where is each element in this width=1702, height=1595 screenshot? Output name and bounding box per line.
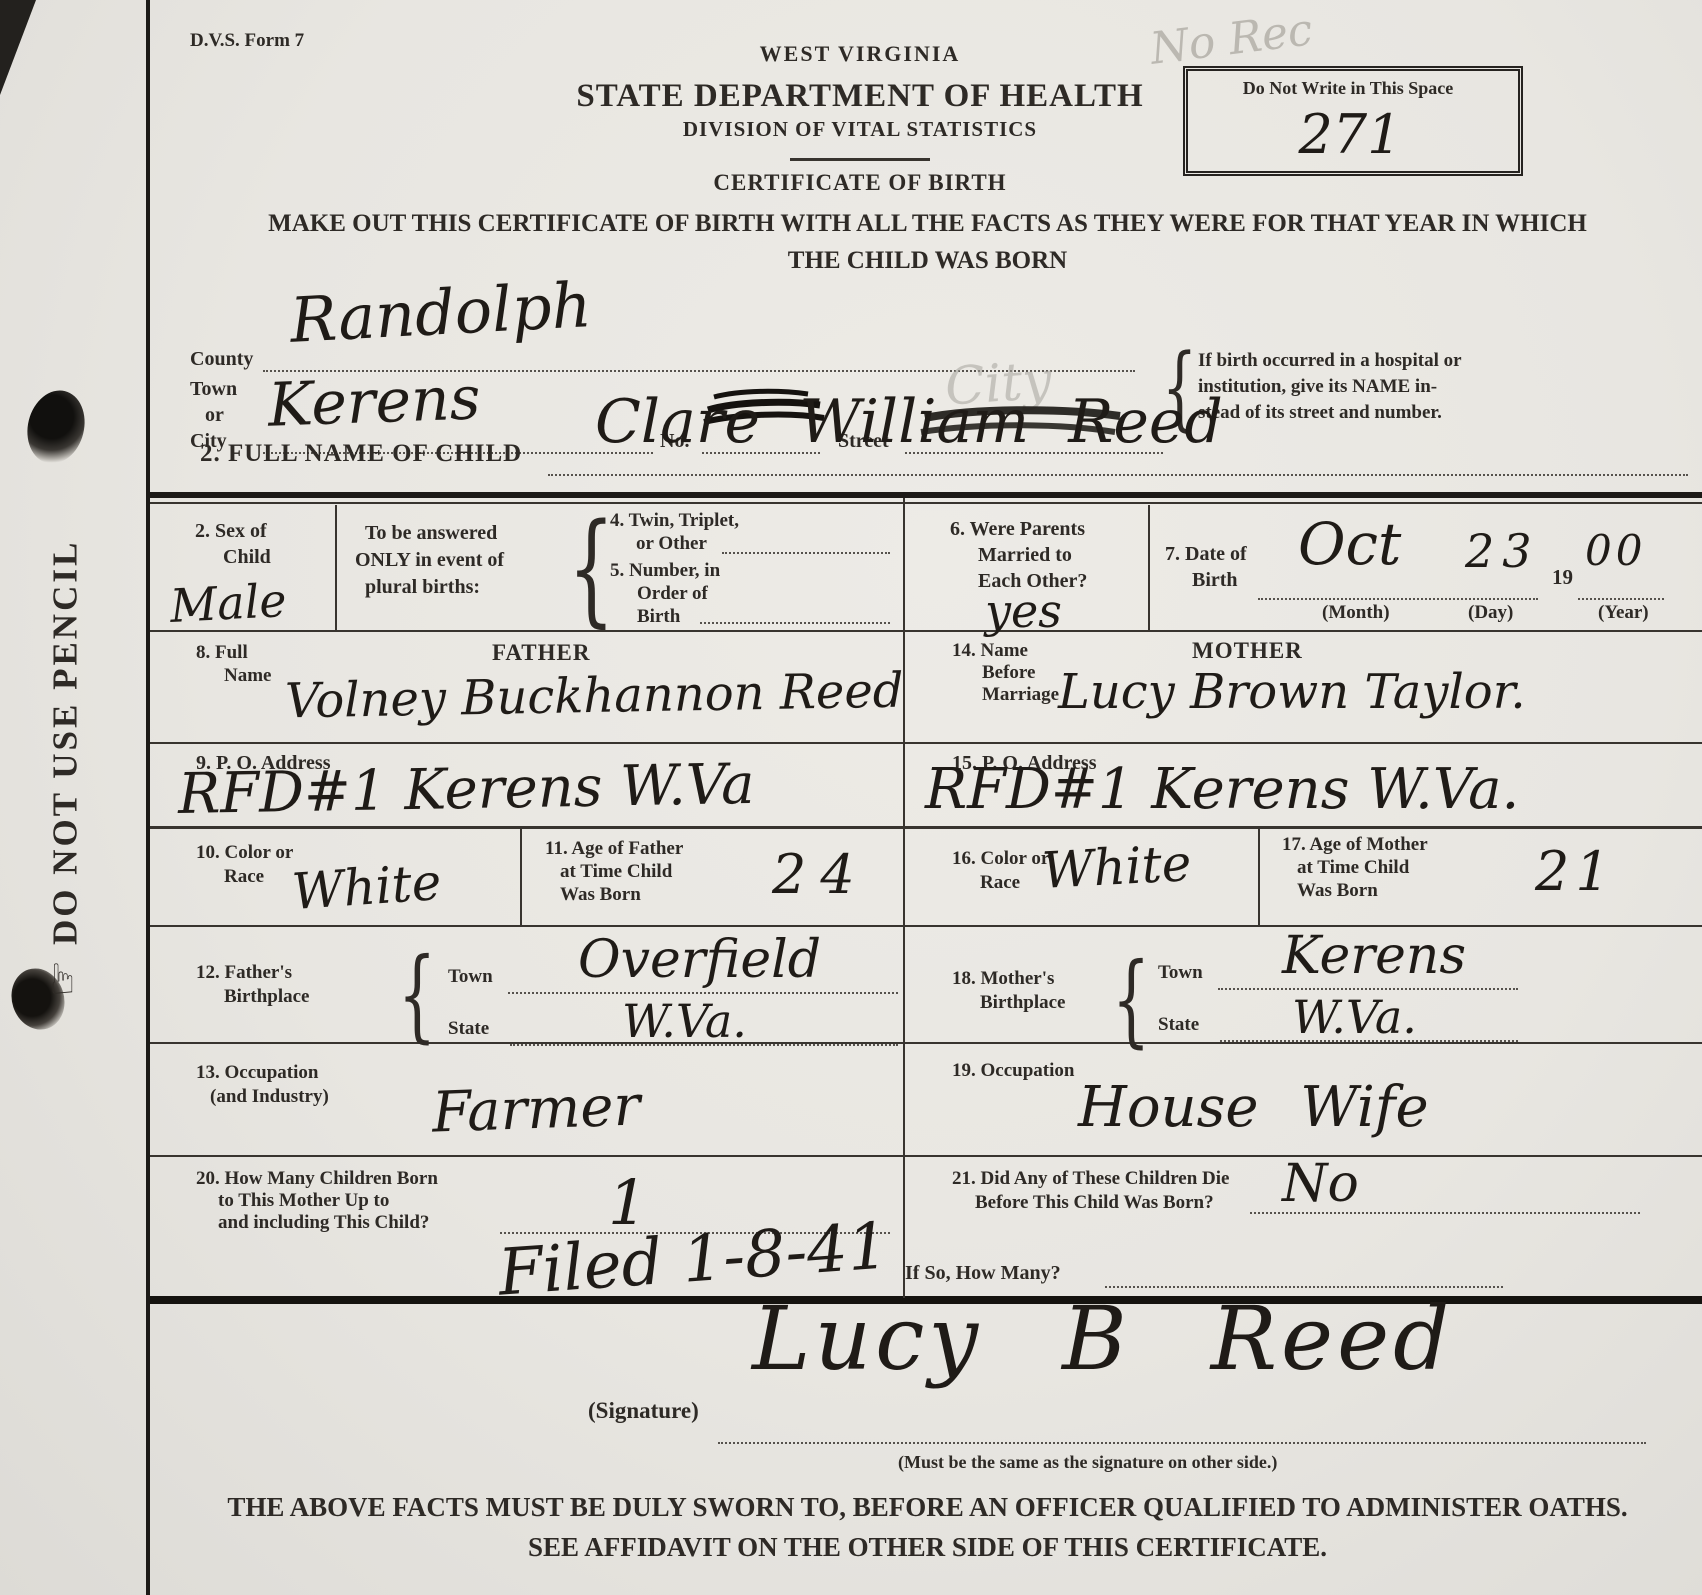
- dob-day-value: 23: [1465, 528, 1540, 574]
- dob-label-1: 7. Date of: [1165, 543, 1247, 565]
- father-age-label-1: 11. Age of Father: [545, 838, 683, 859]
- instruction-line-1: MAKE OUT THIS CERTIFICATE OF BIRTH WITH …: [160, 210, 1695, 238]
- margin-warning: ☞ DO NOT USE PENCIL: [38, 489, 85, 1049]
- item4-label-1: 4. Twin, Triplet,: [610, 510, 739, 531]
- mother-bp-state-label: State: [1158, 1014, 1199, 1035]
- married-label-1: 6. Were Parents: [950, 518, 1085, 540]
- signature-line: [718, 1442, 1646, 1444]
- cell-divider: [335, 505, 337, 630]
- mother-race-value: White: [1041, 838, 1193, 896]
- father-header: FATHER: [492, 640, 590, 666]
- q20-label-1: 20. How Many Children Born: [196, 1168, 438, 1189]
- father-occ-label-1: 13. Occupation: [196, 1062, 318, 1083]
- hospital-note-1: If birth occurred in a hospital or: [1198, 350, 1462, 371]
- married-label-2: Married to: [978, 544, 1072, 566]
- father-occ-value: Farmer: [431, 1078, 641, 1141]
- mother-occ-label: 19. Occupation: [952, 1060, 1074, 1081]
- mother-bp-label-1: 18. Mother's: [952, 968, 1054, 989]
- mother-bp-brace: {: [1112, 950, 1150, 1050]
- father-bp-state-label: State: [448, 1018, 489, 1039]
- do-not-write-label: Do Not Write in This Space: [1188, 78, 1508, 98]
- city-value: Kerens: [267, 368, 481, 435]
- father-name-label-2: Name: [224, 665, 271, 686]
- mother-bp-label-2: Birthplace: [980, 992, 1066, 1013]
- q20-label-2: to This Mother Up to: [218, 1190, 389, 1211]
- row-line: [150, 826, 1702, 829]
- cell-divider: [1258, 829, 1260, 925]
- child-name-label: 2. FULL NAME OF CHILD: [200, 440, 522, 468]
- plural-brace: {: [568, 507, 615, 629]
- father-age-label-2: at Time Child: [560, 861, 672, 882]
- father-bp-town-label: Town: [448, 966, 493, 987]
- registration-number: 271: [1250, 108, 1450, 162]
- hospital-note-2: institution, give its NAME in-: [1198, 376, 1437, 397]
- father-bp-state-value: W.Va.: [622, 998, 747, 1044]
- signature-value: Lucy B Reed: [752, 1295, 1453, 1383]
- father-occ-label-2: (and Industry): [210, 1086, 329, 1107]
- row-line: [150, 1042, 1702, 1044]
- mother-name-value: Lucy Brown Taylor.: [1058, 668, 1526, 716]
- father-age-value: 24: [772, 848, 869, 902]
- q20-label-3: and including This Child?: [218, 1212, 429, 1233]
- dob-label-2: Birth: [1192, 569, 1238, 591]
- dob-century: 19: [1552, 566, 1573, 590]
- dob-year-value: 00: [1585, 530, 1646, 572]
- mother-race-label-2: Race: [980, 872, 1020, 893]
- sex-label-1: 2. Sex of: [195, 520, 267, 542]
- birth-certificate-scan: ☞ DO NOT USE PENCIL D.V.S. Form 7 WEST V…: [0, 0, 1702, 1595]
- plural-note-1: To be answered: [365, 522, 497, 544]
- sex-value: Male: [169, 577, 288, 629]
- center-divider: [903, 498, 905, 1298]
- mother-age-label-3: Was Born: [1297, 880, 1378, 901]
- instruction-line-2: THE CHILD WAS BORN: [160, 247, 1695, 275]
- mother-po-value: RFD#1 Kerens W.Va.: [925, 762, 1519, 818]
- month-caption: (Month): [1322, 602, 1390, 623]
- mother-name-label-2: Before: [982, 662, 1035, 683]
- plural-note-3: plural births:: [365, 576, 480, 598]
- father-po-value: RFD#1 Kerens W.Va: [178, 757, 755, 823]
- father-name-value: Volney Buckhannon Reed: [285, 667, 904, 726]
- q21-label-1: 21. Did Any of These Children Die: [952, 1168, 1229, 1189]
- father-bp-brace: {: [398, 945, 436, 1045]
- father-name-label-1: 8. Full: [196, 642, 248, 663]
- year-caption: (Year): [1598, 602, 1649, 623]
- row-line: [150, 925, 1702, 927]
- signature-note: (Must be the same as the signature on ot…: [898, 1452, 1277, 1472]
- row-line: [150, 630, 1702, 632]
- item4-line: [722, 552, 890, 554]
- county-label: County: [190, 348, 253, 370]
- item5-label-2: Order of: [637, 583, 708, 604]
- child-name-value: Clare William Reed: [595, 392, 1223, 452]
- plural-note-2: ONLY in event of: [355, 549, 504, 571]
- father-race-value: White: [290, 857, 442, 917]
- mother-bp-town-label: Town: [1158, 962, 1203, 983]
- town-label: Town: [190, 378, 237, 400]
- mother-name-label-3: Marriage: [982, 684, 1059, 705]
- pointing-hand-icon: ☞: [37, 957, 86, 998]
- left-margin-rule: [146, 0, 150, 1595]
- sex-label-2: Child: [223, 546, 271, 568]
- county-value: Randolph: [289, 274, 593, 352]
- mother-name-label-1: 14. Name: [952, 640, 1028, 661]
- father-bp-town-value: Overfield: [578, 934, 821, 986]
- mother-bp-town-value: Kerens: [1282, 930, 1466, 982]
- row-line: [150, 742, 1702, 744]
- state-name: WEST VIRGINIA: [150, 42, 1570, 67]
- cell-divider: [520, 829, 522, 925]
- signature-label: (Signature): [588, 1398, 699, 1424]
- ifso-label: If So, How Many?: [905, 1262, 1061, 1284]
- dob-month-value: Oct: [1298, 515, 1401, 573]
- dob-year-line: [1578, 598, 1664, 600]
- cell-divider: [1148, 505, 1150, 630]
- child-name-line: [548, 474, 1688, 476]
- or-label: or: [205, 404, 224, 426]
- father-age-label-3: Was Born: [560, 884, 641, 905]
- item5-label-3: Birth: [637, 606, 680, 627]
- mother-age-label-1: 17. Age of Mother: [1282, 834, 1428, 855]
- item5-label-1: 5. Number, in: [610, 560, 720, 581]
- margin-warning-text: DO NOT USE PENCIL: [45, 540, 84, 945]
- father-bp-label-1: 12. Father's: [196, 962, 292, 983]
- grid-top-rule-thin: [150, 502, 1702, 504]
- hospital-note-3: stead of its street and number.: [1198, 402, 1442, 423]
- punch-hole: [20, 384, 92, 469]
- q21-label-2: Before This Child Was Born?: [975, 1192, 1214, 1213]
- footer-line-2: SEE AFFIDAVIT ON THE OTHER SIDE OF THIS …: [160, 1532, 1695, 1562]
- day-caption: (Day): [1468, 602, 1513, 623]
- q20-value: 1: [608, 1172, 647, 1234]
- mother-age-label-2: at Time Child: [1297, 857, 1409, 878]
- father-race-label-1: 10. Color or: [196, 842, 293, 863]
- mother-bp-state-value: W.Va.: [1292, 994, 1417, 1040]
- mother-age-value: 21: [1535, 845, 1616, 899]
- item4-label-2: or Other: [636, 533, 707, 554]
- scan-corner-shadow: [0, 0, 36, 95]
- father-bp-label-2: Birthplace: [224, 986, 310, 1007]
- footer-line-1: THE ABOVE FACTS MUST BE DULY SWORN TO, B…: [160, 1492, 1695, 1522]
- mother-header: MOTHER: [1192, 638, 1303, 664]
- father-race-label-2: Race: [224, 866, 264, 887]
- married-value: yes: [985, 588, 1062, 634]
- mother-race-label-1: 16. Color or: [952, 848, 1049, 869]
- dob-line: [1258, 598, 1538, 600]
- q21-value: No: [1282, 1158, 1359, 1210]
- grid-top-rule: [150, 492, 1702, 498]
- row-line: [150, 1155, 1702, 1157]
- header-rule: [790, 158, 930, 161]
- item5-line: [700, 622, 890, 624]
- mother-occ-value: House Wife: [1078, 1080, 1429, 1136]
